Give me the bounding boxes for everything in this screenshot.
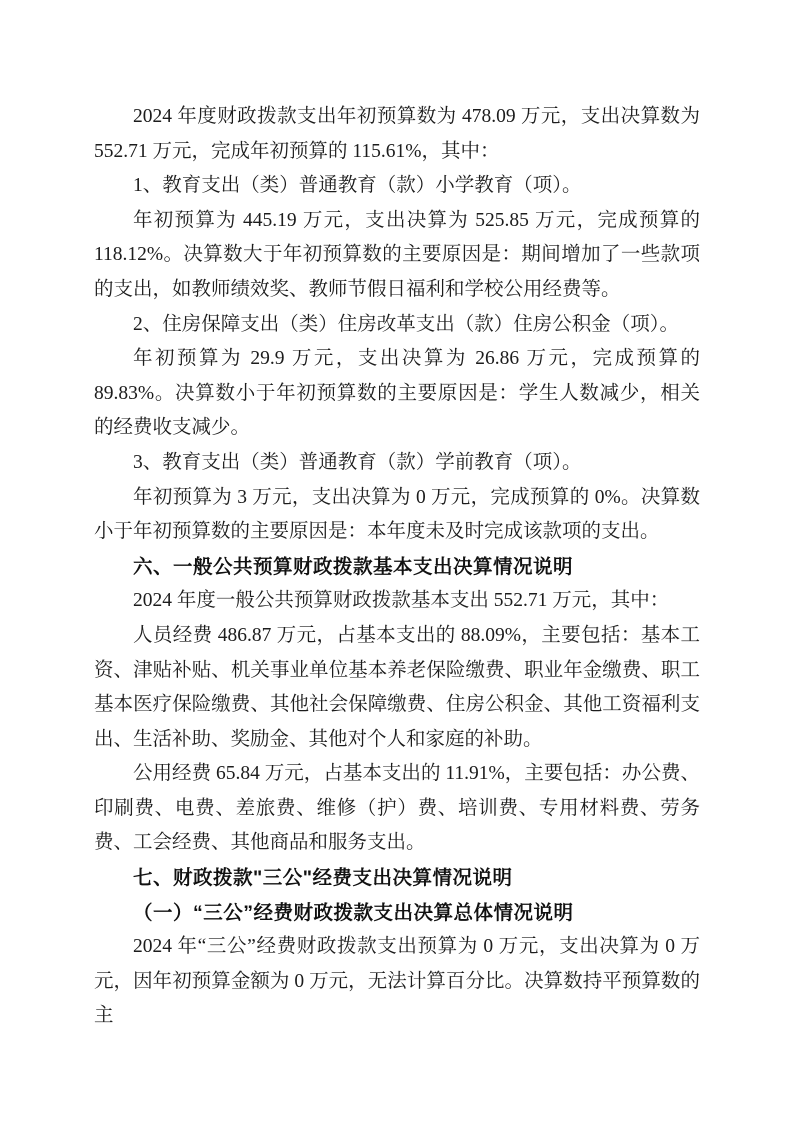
paragraph-fiscal-expenditure-overview: 2024 年度财政拨款支出年初预算数为 478.09 万元，支出决算数为 552… (94, 100, 700, 169)
subsection-heading-one-sangong-overview: （一）“三公”经费财政拨款支出决算总体情况说明 (94, 896, 700, 931)
paragraph-public-expenses: 公用经费 65.84 万元，占基本支出的 11.91%，主要包括：办公费、印刷费… (94, 757, 700, 861)
document-body: 2024 年度财政拨款支出年初预算数为 478.09 万元，支出决算数为 552… (94, 100, 700, 1034)
paragraph-item2-housing-fund-detail: 年初预算为 29.9 万元，支出决算为 26.86 万元，完成预算的 89.83… (94, 342, 700, 446)
paragraph-basic-expenditure-total: 2024 年度一般公共预算财政拨款基本支出 552.71 万元，其中： (94, 584, 700, 619)
paragraph-item1-primary-education-detail: 年初预算为 445.19 万元，支出决算为 525.85 万元，完成预算的 11… (94, 204, 700, 308)
paragraph-item3-preschool-education-detail: 年初预算为 3 万元，支出决算为 0 万元，完成预算的 0%。决算数小于年初预算… (94, 481, 700, 550)
paragraph-item2-housing-fund-title: 2、住房保障支出（类）住房改革支出（款）住房公积金（项）。 (94, 308, 700, 343)
section-heading-six-basic-expenditure: 六、一般公共预算财政拨款基本支出决算情况说明 (94, 550, 700, 585)
paragraph-personnel-expenses: 人员经费 486.87 万元，占基本支出的 88.09%，主要包括：基本工资、津… (94, 619, 700, 757)
document-page: 2024 年度财政拨款支出年初预算数为 478.09 万元，支出决算数为 552… (0, 0, 793, 1122)
section-heading-seven-sangong-expenses: 七、财政拨款"三公"经费支出决算情况说明 (94, 861, 700, 896)
paragraph-item3-preschool-education-title: 3、教育支出（类）普通教育（款）学前教育（项）。 (94, 446, 700, 481)
paragraph-sangong-expenditure-detail: 2024 年“三公”经费财政拨款支出预算为 0 万元，支出决算为 0 万元，因年… (94, 930, 700, 1034)
paragraph-item1-primary-education-title: 1、教育支出（类）普通教育（款）小学教育（项）。 (94, 169, 700, 204)
